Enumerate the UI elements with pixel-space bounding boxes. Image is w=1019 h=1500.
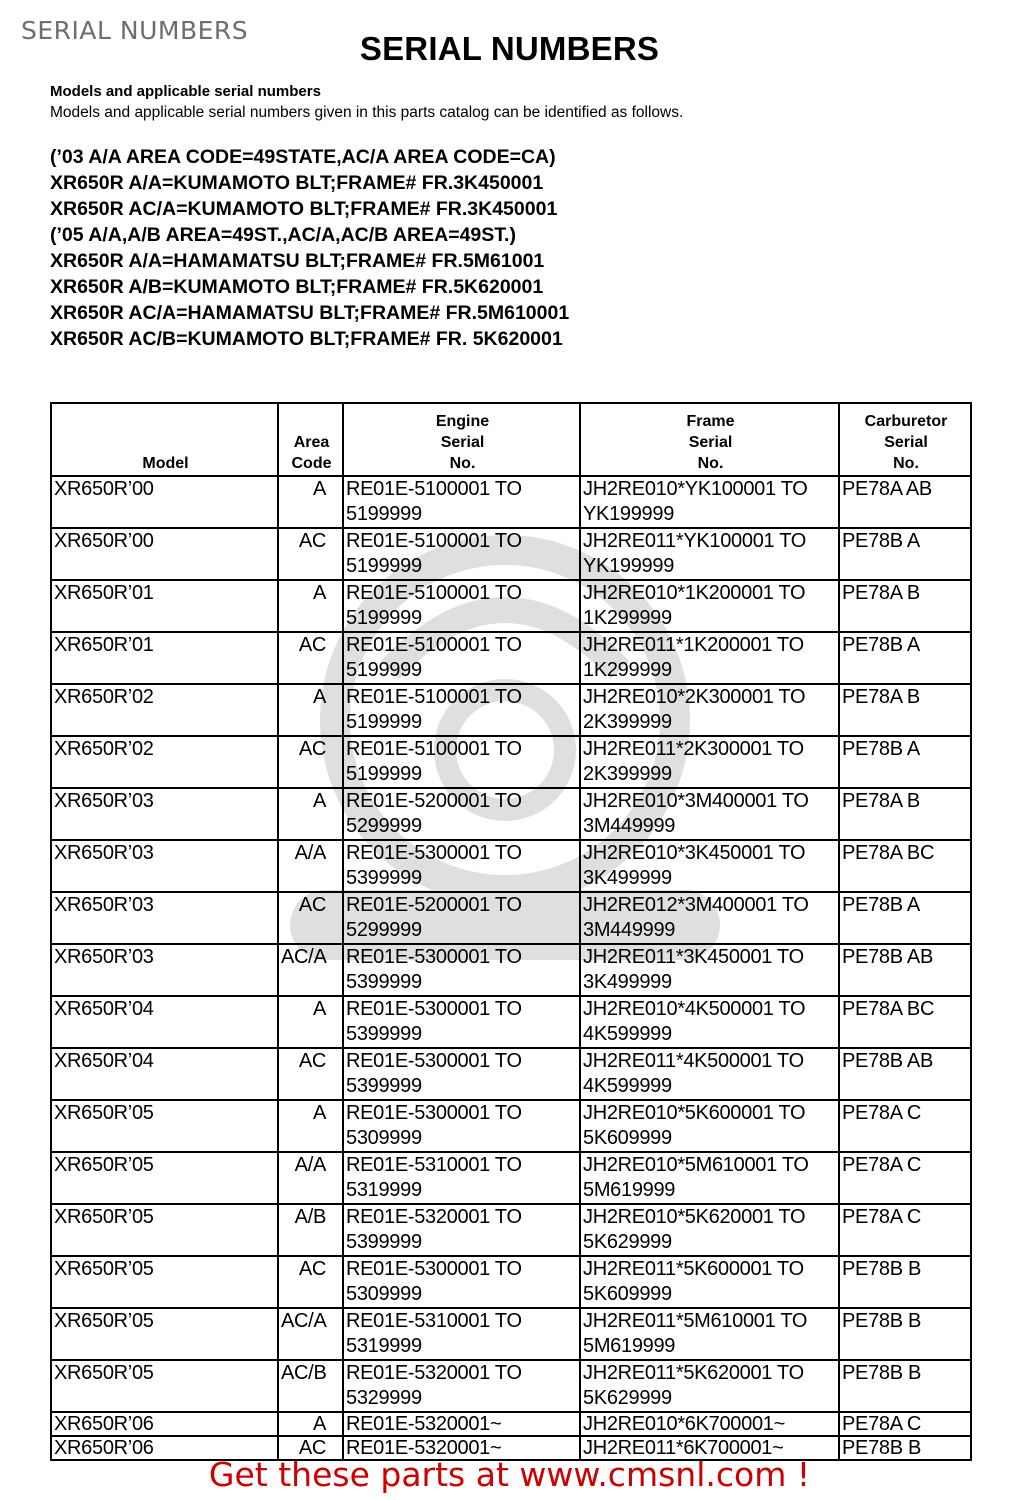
cell-area-code: AC	[278, 1256, 343, 1308]
cell-engine-serial: RE01E-5200001 TO5299999	[343, 788, 580, 840]
model-notes-list: (’03 A/A AREA CODE=49STATE,AC/A AREA COD…	[50, 144, 569, 352]
frame-serial-line: JH2RE010*5K620001 TO	[583, 1205, 838, 1230]
engine-serial-line: 5299999	[346, 814, 579, 839]
engine-serial-line: 5199999	[346, 762, 579, 787]
cell-frame-serial: JH2RE011*3K450001 TO3K499999	[580, 944, 839, 996]
cell-carburetor-serial: PE78A C	[839, 1412, 971, 1436]
frame-serial-line: 5K629999	[583, 1386, 838, 1411]
frame-serial-line: JH2RE010*4K500001 TO	[583, 997, 838, 1022]
cell-frame-serial: JH2RE011*5K600001 TO5K609999	[580, 1256, 839, 1308]
frame-serial-line: JH2RE010*5K600001 TO	[583, 1101, 838, 1126]
cell-area-code: AC	[278, 528, 343, 580]
cell-carburetor-serial: PE78A BC	[839, 840, 971, 892]
cell-area-code: A	[278, 1100, 343, 1152]
cell-engine-serial: RE01E-5310001 TO5319999	[343, 1152, 580, 1204]
cell-model: XR650R’01	[51, 580, 278, 632]
cell-area-code: A	[278, 996, 343, 1048]
engine-serial-line: RE01E-5320001~	[346, 1413, 579, 1435]
cell-model: XR650R’00	[51, 476, 278, 528]
cell-engine-serial: RE01E-5300001 TO5399999	[343, 996, 580, 1048]
frame-serial-line: JH2RE010*3K450001 TO	[583, 841, 838, 866]
cell-area-code: AC	[278, 736, 343, 788]
engine-serial-line: RE01E-5200001 TO	[346, 789, 579, 814]
table-header-row: ModelAreaCodeEngineSerialNo.FrameSerialN…	[51, 403, 971, 476]
cell-carburetor-serial: PE78B B	[839, 1360, 971, 1412]
cell-area-code: A	[278, 476, 343, 528]
engine-serial-line: RE01E-5300001 TO	[346, 945, 579, 970]
frame-serial-line: 1K299999	[583, 658, 838, 683]
frame-serial-line: 4K599999	[583, 1074, 838, 1099]
engine-serial-line: RE01E-5100001 TO	[346, 633, 579, 658]
cell-frame-serial: JH2RE010*5K600001 TO5K609999	[580, 1100, 839, 1152]
section-subheading: Models and applicable serial numbers	[50, 83, 321, 100]
table-row: XR650R’00ARE01E-5100001 TO5199999JH2RE01…	[51, 476, 971, 528]
header-line: Frame	[583, 411, 838, 432]
cell-carburetor-serial: PE78B A	[839, 528, 971, 580]
cell-area-code: AC/A	[278, 944, 343, 996]
cell-engine-serial: RE01E-5310001 TO5319999	[343, 1308, 580, 1360]
frame-serial-line: 5K629999	[583, 1230, 838, 1255]
header-line: Serial	[842, 432, 970, 453]
serial-numbers-table: ModelAreaCodeEngineSerialNo.FrameSerialN…	[50, 402, 972, 1461]
header-line: Area	[281, 432, 342, 453]
cell-carburetor-serial: PE78B A	[839, 892, 971, 944]
cell-frame-serial: JH2RE011*5M610001 TO5M619999	[580, 1308, 839, 1360]
engine-serial-line: 5399999	[346, 1230, 579, 1255]
cell-carburetor-serial: PE78B B	[839, 1308, 971, 1360]
cell-engine-serial: RE01E-5300001 TO5399999	[343, 840, 580, 892]
engine-serial-line: 5319999	[346, 1178, 579, 1203]
header-line: Code	[281, 453, 342, 474]
model-note: XR650R A/A=HAMAMATSU BLT;FRAME# FR.5M610…	[50, 248, 569, 274]
cell-engine-serial: RE01E-5100001 TO5199999	[343, 736, 580, 788]
cell-engine-serial: RE01E-5300001 TO5309999	[343, 1100, 580, 1152]
cell-area-code: AC/A	[278, 1308, 343, 1360]
cell-frame-serial: JH2RE010*2K300001 TO2K399999	[580, 684, 839, 736]
cell-area-code: AC/B	[278, 1360, 343, 1412]
table-row: XR650R’02ARE01E-5100001 TO5199999JH2RE01…	[51, 684, 971, 736]
header-carburetor-serial: CarburetorSerialNo.	[839, 403, 971, 476]
model-note: XR650R A/A=KUMAMOTO BLT;FRAME# FR.3K4500…	[50, 170, 569, 196]
cell-area-code: AC	[278, 892, 343, 944]
cell-area-code: AC	[278, 632, 343, 684]
table-row: XR650R’05ACRE01E-5300001 TO5309999JH2RE0…	[51, 1256, 971, 1308]
cell-engine-serial: RE01E-5300001 TO5399999	[343, 1048, 580, 1100]
table-body: XR650R’00ARE01E-5100001 TO5199999JH2RE01…	[51, 476, 971, 1460]
frame-serial-line: JH2RE012*3M400001 TO	[583, 893, 838, 918]
cell-area-code: A	[278, 1412, 343, 1436]
engine-serial-line: 5329999	[346, 1386, 579, 1411]
table-row: XR650R’03ARE01E-5200001 TO5299999JH2RE01…	[51, 788, 971, 840]
model-note: XR650R AC/A=KUMAMOTO BLT;FRAME# FR.3K450…	[50, 196, 569, 222]
frame-serial-line: 3K499999	[583, 970, 838, 995]
engine-serial-line: RE01E-5200001 TO	[346, 893, 579, 918]
header-line: No.	[583, 453, 838, 474]
frame-serial-line: JH2RE011*1K200001 TO	[583, 633, 838, 658]
engine-serial-line: RE01E-5100001 TO	[346, 737, 579, 762]
header-line: No.	[842, 453, 970, 474]
header-line: Carburetor	[842, 411, 970, 432]
engine-serial-line: 5399999	[346, 970, 579, 995]
frame-serial-line: JH2RE010*2K300001 TO	[583, 685, 838, 710]
table-row: XR650R’05AC/ARE01E-5310001 TO5319999JH2R…	[51, 1308, 971, 1360]
engine-serial-line: 5309999	[346, 1282, 579, 1307]
header-line: Model	[54, 453, 277, 474]
cell-frame-serial: JH2RE010*5M610001 TO5M619999	[580, 1152, 839, 1204]
table-row: XR650R’04ACRE01E-5300001 TO5399999JH2RE0…	[51, 1048, 971, 1100]
frame-serial-line: JH2RE011*5K620001 TO	[583, 1361, 838, 1386]
cell-frame-serial: JH2RE011*2K300001 TO2K399999	[580, 736, 839, 788]
page-title: SERIAL NUMBERS	[0, 30, 1019, 68]
cell-model: XR650R’03	[51, 788, 278, 840]
header-model: Model	[51, 403, 278, 476]
intro-text: Models and applicable serial numbers giv…	[50, 104, 683, 122]
cell-carburetor-serial: PE78A B	[839, 684, 971, 736]
table-row: XR650R’03A/ARE01E-5300001 TO5399999JH2RE…	[51, 840, 971, 892]
cell-frame-serial: JH2RE011*YK100001 TOYK199999	[580, 528, 839, 580]
engine-serial-line: RE01E-5100001 TO	[346, 685, 579, 710]
frame-serial-line: JH2RE011*5K600001 TO	[583, 1257, 838, 1282]
table-row: XR650R’01ARE01E-5100001 TO5199999JH2RE01…	[51, 580, 971, 632]
header-line: Engine	[346, 411, 579, 432]
cell-carburetor-serial: PE78B AB	[839, 944, 971, 996]
engine-serial-line: 5399999	[346, 866, 579, 891]
cell-frame-serial: JH2RE011*5K620001 TO5K629999	[580, 1360, 839, 1412]
engine-serial-line: RE01E-5300001 TO	[346, 841, 579, 866]
engine-serial-line: 5199999	[346, 502, 579, 527]
cell-model: XR650R’03	[51, 944, 278, 996]
cell-area-code: A/A	[278, 840, 343, 892]
cell-area-code: A	[278, 788, 343, 840]
cell-model: XR650R’02	[51, 684, 278, 736]
cell-carburetor-serial: PE78A B	[839, 580, 971, 632]
cell-engine-serial: RE01E-5100001 TO5199999	[343, 684, 580, 736]
cell-frame-serial: JH2RE012*3M400001 TO3M449999	[580, 892, 839, 944]
cell-area-code: A/B	[278, 1204, 343, 1256]
frame-serial-line: 3K499999	[583, 866, 838, 891]
frame-serial-line: JH2RE011*3K450001 TO	[583, 945, 838, 970]
table-row: XR650R’05ARE01E-5300001 TO5309999JH2RE01…	[51, 1100, 971, 1152]
engine-serial-line: 5309999	[346, 1126, 579, 1151]
model-note: XR650R AC/A=HAMAMATSU BLT;FRAME# FR.5M61…	[50, 300, 569, 326]
engine-serial-line: RE01E-5310001 TO	[346, 1153, 579, 1178]
cell-engine-serial: RE01E-5100001 TO5199999	[343, 632, 580, 684]
engine-serial-line: 5299999	[346, 918, 579, 943]
cell-carburetor-serial: PE78A AB	[839, 476, 971, 528]
cell-carburetor-serial: PE78A C	[839, 1204, 971, 1256]
cell-frame-serial: JH2RE010*YK100001 TOYK199999	[580, 476, 839, 528]
engine-serial-line: 5199999	[346, 658, 579, 683]
cell-model: XR650R’06	[51, 1412, 278, 1436]
cell-carburetor-serial: PE78B A	[839, 736, 971, 788]
cell-model: XR650R’03	[51, 892, 278, 944]
model-note: XR650R AC/B=KUMAMOTO BLT;FRAME# FR. 5K62…	[50, 326, 569, 352]
cell-model: XR650R’02	[51, 736, 278, 788]
cell-frame-serial: JH2RE011*4K500001 TO4K599999	[580, 1048, 839, 1100]
cell-engine-serial: RE01E-5320001 TO5329999	[343, 1360, 580, 1412]
engine-serial-line: 5319999	[346, 1334, 579, 1359]
model-note: (’03 A/A AREA CODE=49STATE,AC/A AREA COD…	[50, 144, 569, 170]
frame-serial-line: JH2RE011*YK100001 TO	[583, 529, 838, 554]
table-row: XR650R’05AC/BRE01E-5320001 TO5329999JH2R…	[51, 1360, 971, 1412]
cell-engine-serial: RE01E-5320001 TO5399999	[343, 1204, 580, 1256]
cell-carburetor-serial: PE78B AB	[839, 1048, 971, 1100]
promo-link[interactable]: Get these parts at www.cmsnl.com !	[0, 1455, 1019, 1494]
model-note: XR650R A/B=KUMAMOTO BLT;FRAME# FR.5K6200…	[50, 274, 569, 300]
table-row: XR650R’03AC/ARE01E-5300001 TO5399999JH2R…	[51, 944, 971, 996]
engine-serial-line: RE01E-5310001 TO	[346, 1309, 579, 1334]
frame-serial-line: 2K399999	[583, 710, 838, 735]
table-row: XR650R’00ACRE01E-5100001 TO5199999JH2RE0…	[51, 528, 971, 580]
cell-carburetor-serial: PE78A C	[839, 1100, 971, 1152]
engine-serial-line: RE01E-5100001 TO	[346, 581, 579, 606]
frame-serial-line: 5K609999	[583, 1126, 838, 1151]
cell-model: XR650R’04	[51, 1048, 278, 1100]
frame-serial-line: JH2RE010*5M610001 TO	[583, 1153, 838, 1178]
frame-serial-line: JH2RE011*5M610001 TO	[583, 1309, 838, 1334]
engine-serial-line: 5199999	[346, 554, 579, 579]
engine-serial-line: RE01E-5320001 TO	[346, 1205, 579, 1230]
table-row: XR650R’02ACRE01E-5100001 TO5199999JH2RE0…	[51, 736, 971, 788]
frame-serial-line: 4K599999	[583, 1022, 838, 1047]
table-row: XR650R’05A/ARE01E-5310001 TO5319999JH2RE…	[51, 1152, 971, 1204]
cell-model: XR650R’04	[51, 996, 278, 1048]
table-row: XR650R’05A/BRE01E-5320001 TO5399999JH2RE…	[51, 1204, 971, 1256]
cell-frame-serial: JH2RE010*5K620001 TO5K629999	[580, 1204, 839, 1256]
engine-serial-line: RE01E-5320001 TO	[346, 1361, 579, 1386]
frame-serial-line: JH2RE011*4K500001 TO	[583, 1049, 838, 1074]
cell-engine-serial: RE01E-5100001 TO5199999	[343, 476, 580, 528]
engine-serial-line: RE01E-5300001 TO	[346, 1257, 579, 1282]
cell-carburetor-serial: PE78A BC	[839, 996, 971, 1048]
cell-frame-serial: JH2RE010*3K450001 TO3K499999	[580, 840, 839, 892]
cell-model: XR650R’05	[51, 1152, 278, 1204]
frame-serial-line: 5M619999	[583, 1334, 838, 1359]
table-row: XR650R’01ACRE01E-5100001 TO5199999JH2RE0…	[51, 632, 971, 684]
table-row: XR650R’03ACRE01E-5200001 TO5299999JH2RE0…	[51, 892, 971, 944]
frame-serial-line: JH2RE010*YK100001 TO	[583, 477, 838, 502]
engine-serial-line: 5399999	[346, 1022, 579, 1047]
cell-area-code: AC	[278, 1048, 343, 1100]
frame-serial-line: 3M449999	[583, 918, 838, 943]
header-area-code: AreaCode	[278, 403, 343, 476]
frame-serial-line: 3M449999	[583, 814, 838, 839]
frame-serial-line: JH2RE010*6K700001~	[583, 1413, 838, 1435]
engine-serial-line: 5399999	[346, 1074, 579, 1099]
cell-frame-serial: JH2RE010*4K500001 TO4K599999	[580, 996, 839, 1048]
cell-frame-serial: JH2RE010*6K700001~	[580, 1412, 839, 1436]
cell-model: XR650R’01	[51, 632, 278, 684]
table-row: XR650R’06ARE01E-5320001~JH2RE010*6K70000…	[51, 1412, 971, 1436]
cell-model: XR650R’05	[51, 1204, 278, 1256]
cell-frame-serial: JH2RE010*1K200001 TO1K299999	[580, 580, 839, 632]
cell-carburetor-serial: PE78B B	[839, 1256, 971, 1308]
header-engine-serial: EngineSerialNo.	[343, 403, 580, 476]
cell-carburetor-serial: PE78A B	[839, 788, 971, 840]
engine-serial-line: 5199999	[346, 710, 579, 735]
frame-serial-line: JH2RE010*1K200001 TO	[583, 581, 838, 606]
engine-serial-line: RE01E-5300001 TO	[346, 997, 579, 1022]
frame-serial-line: YK199999	[583, 502, 838, 527]
cell-engine-serial: RE01E-5200001 TO5299999	[343, 892, 580, 944]
cell-frame-serial: JH2RE010*3M400001 TO3M449999	[580, 788, 839, 840]
cell-engine-serial: RE01E-5320001~	[343, 1412, 580, 1436]
header-line: Serial	[346, 432, 579, 453]
cell-carburetor-serial: PE78B A	[839, 632, 971, 684]
cell-model: XR650R’05	[51, 1256, 278, 1308]
frame-serial-line: YK199999	[583, 554, 838, 579]
cell-model: XR650R’00	[51, 528, 278, 580]
cell-engine-serial: RE01E-5100001 TO5199999	[343, 580, 580, 632]
cell-model: XR650R’03	[51, 840, 278, 892]
cell-model: XR650R’05	[51, 1360, 278, 1412]
cell-engine-serial: RE01E-5300001 TO5399999	[343, 944, 580, 996]
engine-serial-line: RE01E-5300001 TO	[346, 1049, 579, 1074]
engine-serial-line: 5199999	[346, 606, 579, 631]
engine-serial-line: RE01E-5300001 TO	[346, 1101, 579, 1126]
frame-serial-line: 1K299999	[583, 606, 838, 631]
header-frame-serial: FrameSerialNo.	[580, 403, 839, 476]
table-row: XR650R’04ARE01E-5300001 TO5399999JH2RE01…	[51, 996, 971, 1048]
header-line: No.	[346, 453, 579, 474]
frame-serial-line: 5M619999	[583, 1178, 838, 1203]
cell-engine-serial: RE01E-5300001 TO5309999	[343, 1256, 580, 1308]
frame-serial-line: JH2RE010*3M400001 TO	[583, 789, 838, 814]
cell-area-code: A/A	[278, 1152, 343, 1204]
cell-engine-serial: RE01E-5100001 TO5199999	[343, 528, 580, 580]
frame-serial-line: JH2RE011*2K300001 TO	[583, 737, 838, 762]
cell-carburetor-serial: PE78A C	[839, 1152, 971, 1204]
model-note: (’05 A/A,A/B AREA=49ST.,AC/A,AC/B AREA=4…	[50, 222, 569, 248]
cell-model: XR650R’05	[51, 1100, 278, 1152]
cell-frame-serial: JH2RE011*1K200001 TO1K299999	[580, 632, 839, 684]
engine-serial-line: RE01E-5100001 TO	[346, 477, 579, 502]
cell-model: XR650R’05	[51, 1308, 278, 1360]
frame-serial-line: 2K399999	[583, 762, 838, 787]
header-line: Serial	[583, 432, 838, 453]
engine-serial-line: RE01E-5100001 TO	[346, 529, 579, 554]
cell-area-code: A	[278, 580, 343, 632]
frame-serial-line: 5K609999	[583, 1282, 838, 1307]
cell-area-code: A	[278, 684, 343, 736]
